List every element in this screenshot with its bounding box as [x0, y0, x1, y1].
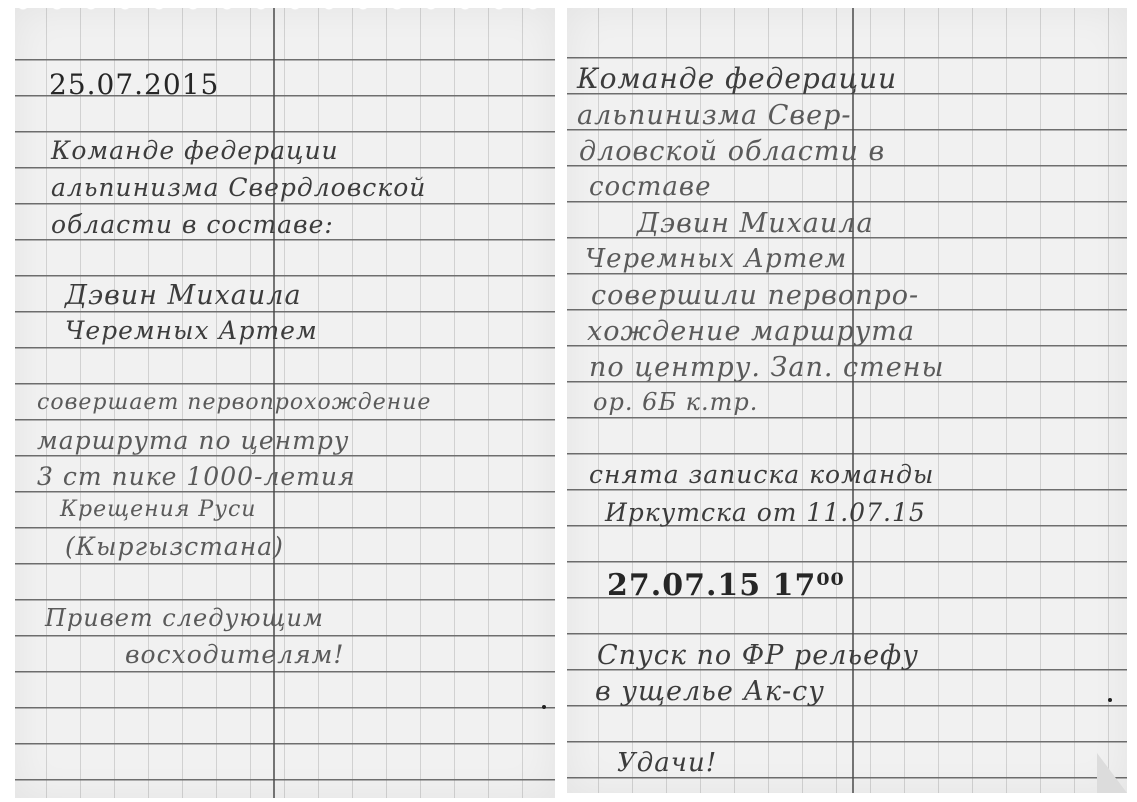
handwritten-line: Дэвин Михаила [65, 280, 302, 311]
handwritten-line: снята записка команды [589, 460, 934, 489]
handwritten-line: составе [589, 172, 711, 202]
handwritten-line: Удачи! [617, 748, 717, 778]
handwritten-line: восходителям! [125, 640, 344, 669]
descent-datetime: 27.07.15 17⁰⁰ [607, 568, 845, 603]
handwritten-line: 3 ст пике 1000-летия [37, 462, 356, 491]
handwritten-line: хождение маршрута [587, 316, 915, 347]
handwritten-line: Дэвин Михаила [637, 208, 874, 239]
handwritten-line: дловской области в [579, 136, 885, 167]
entry-date: 25.07.2015 [49, 68, 219, 101]
torn-edge [15, 4, 555, 12]
handwritten-line: совершает первопрохождение [37, 390, 431, 415]
handwritten-line: Крещения Руси [60, 497, 256, 522]
handwritten-line: совершили первопро- [591, 280, 919, 311]
handwritten-line: ор. 6Б к.тр. [593, 388, 758, 416]
center-fold [852, 8, 854, 793]
handwritten-line: Команде федерации [51, 136, 339, 165]
handwritten-line: по центру. Зап. стены [589, 352, 945, 383]
handwritten-line: (Кыргызстана) [65, 532, 284, 561]
handwritten-line: в ущелье Ак-су [595, 676, 825, 707]
handwritten-line: альпинизма Свердловской [51, 173, 426, 202]
pen-mark [542, 705, 546, 709]
handwritten-line: Команде федерации [577, 62, 897, 95]
right-notebook-page: Команде федерации альпинизма Свер- дловс… [567, 8, 1127, 793]
handwritten-line: Спуск по ФР рельефу [597, 640, 919, 671]
handwritten-line: Привет следующим [45, 604, 324, 632]
handwritten-line: маршрута по центру [37, 426, 349, 455]
left-notebook-page: 25.07.2015 Команде федерации альпинизма … [15, 8, 555, 798]
folded-corner [1097, 753, 1127, 793]
handwritten-line: Черемных Артем [65, 316, 318, 345]
handwritten-line: области в составе: [51, 210, 334, 239]
handwritten-line: Иркутска от 11.07.15 [605, 498, 926, 527]
pen-mark [1108, 698, 1112, 702]
handwritten-line: альпинизма Свер- [577, 100, 852, 131]
handwritten-line: Черемных Артем [585, 244, 847, 274]
